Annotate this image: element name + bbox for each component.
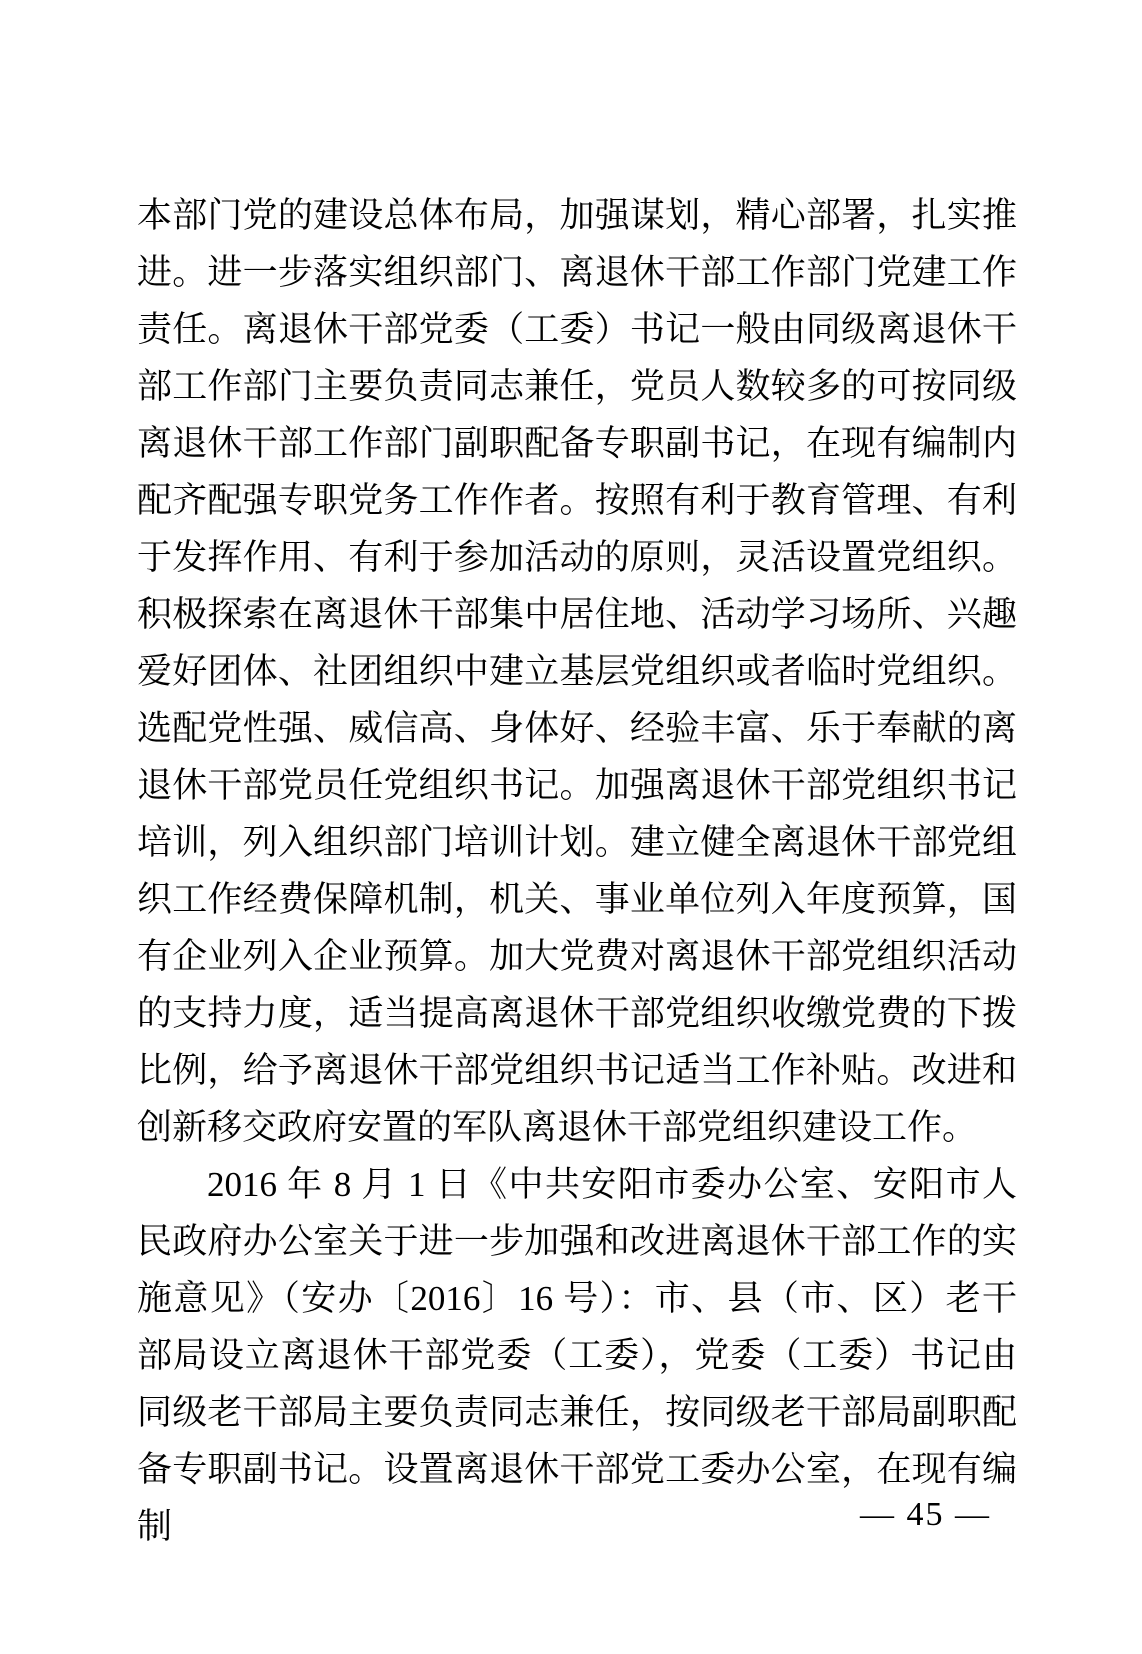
paragraph-continuation: 本部门党的建设总体布局，加强谋划，精心部署，扎实推进。进一步落实组织部门、离退休…	[137, 187, 1017, 1156]
page-footer: — 45 —	[137, 1494, 1017, 1536]
document-page: 本部门党的建设总体布局，加强谋划，精心部署，扎实推进。进一步落实组织部门、离退休…	[0, 0, 1142, 1654]
page-number: — 45 —	[860, 1496, 1017, 1533]
body-text: 本部门党的建设总体布局，加强谋划，精心部署，扎实推进。进一步落实组织部门、离退休…	[137, 187, 1017, 1555]
